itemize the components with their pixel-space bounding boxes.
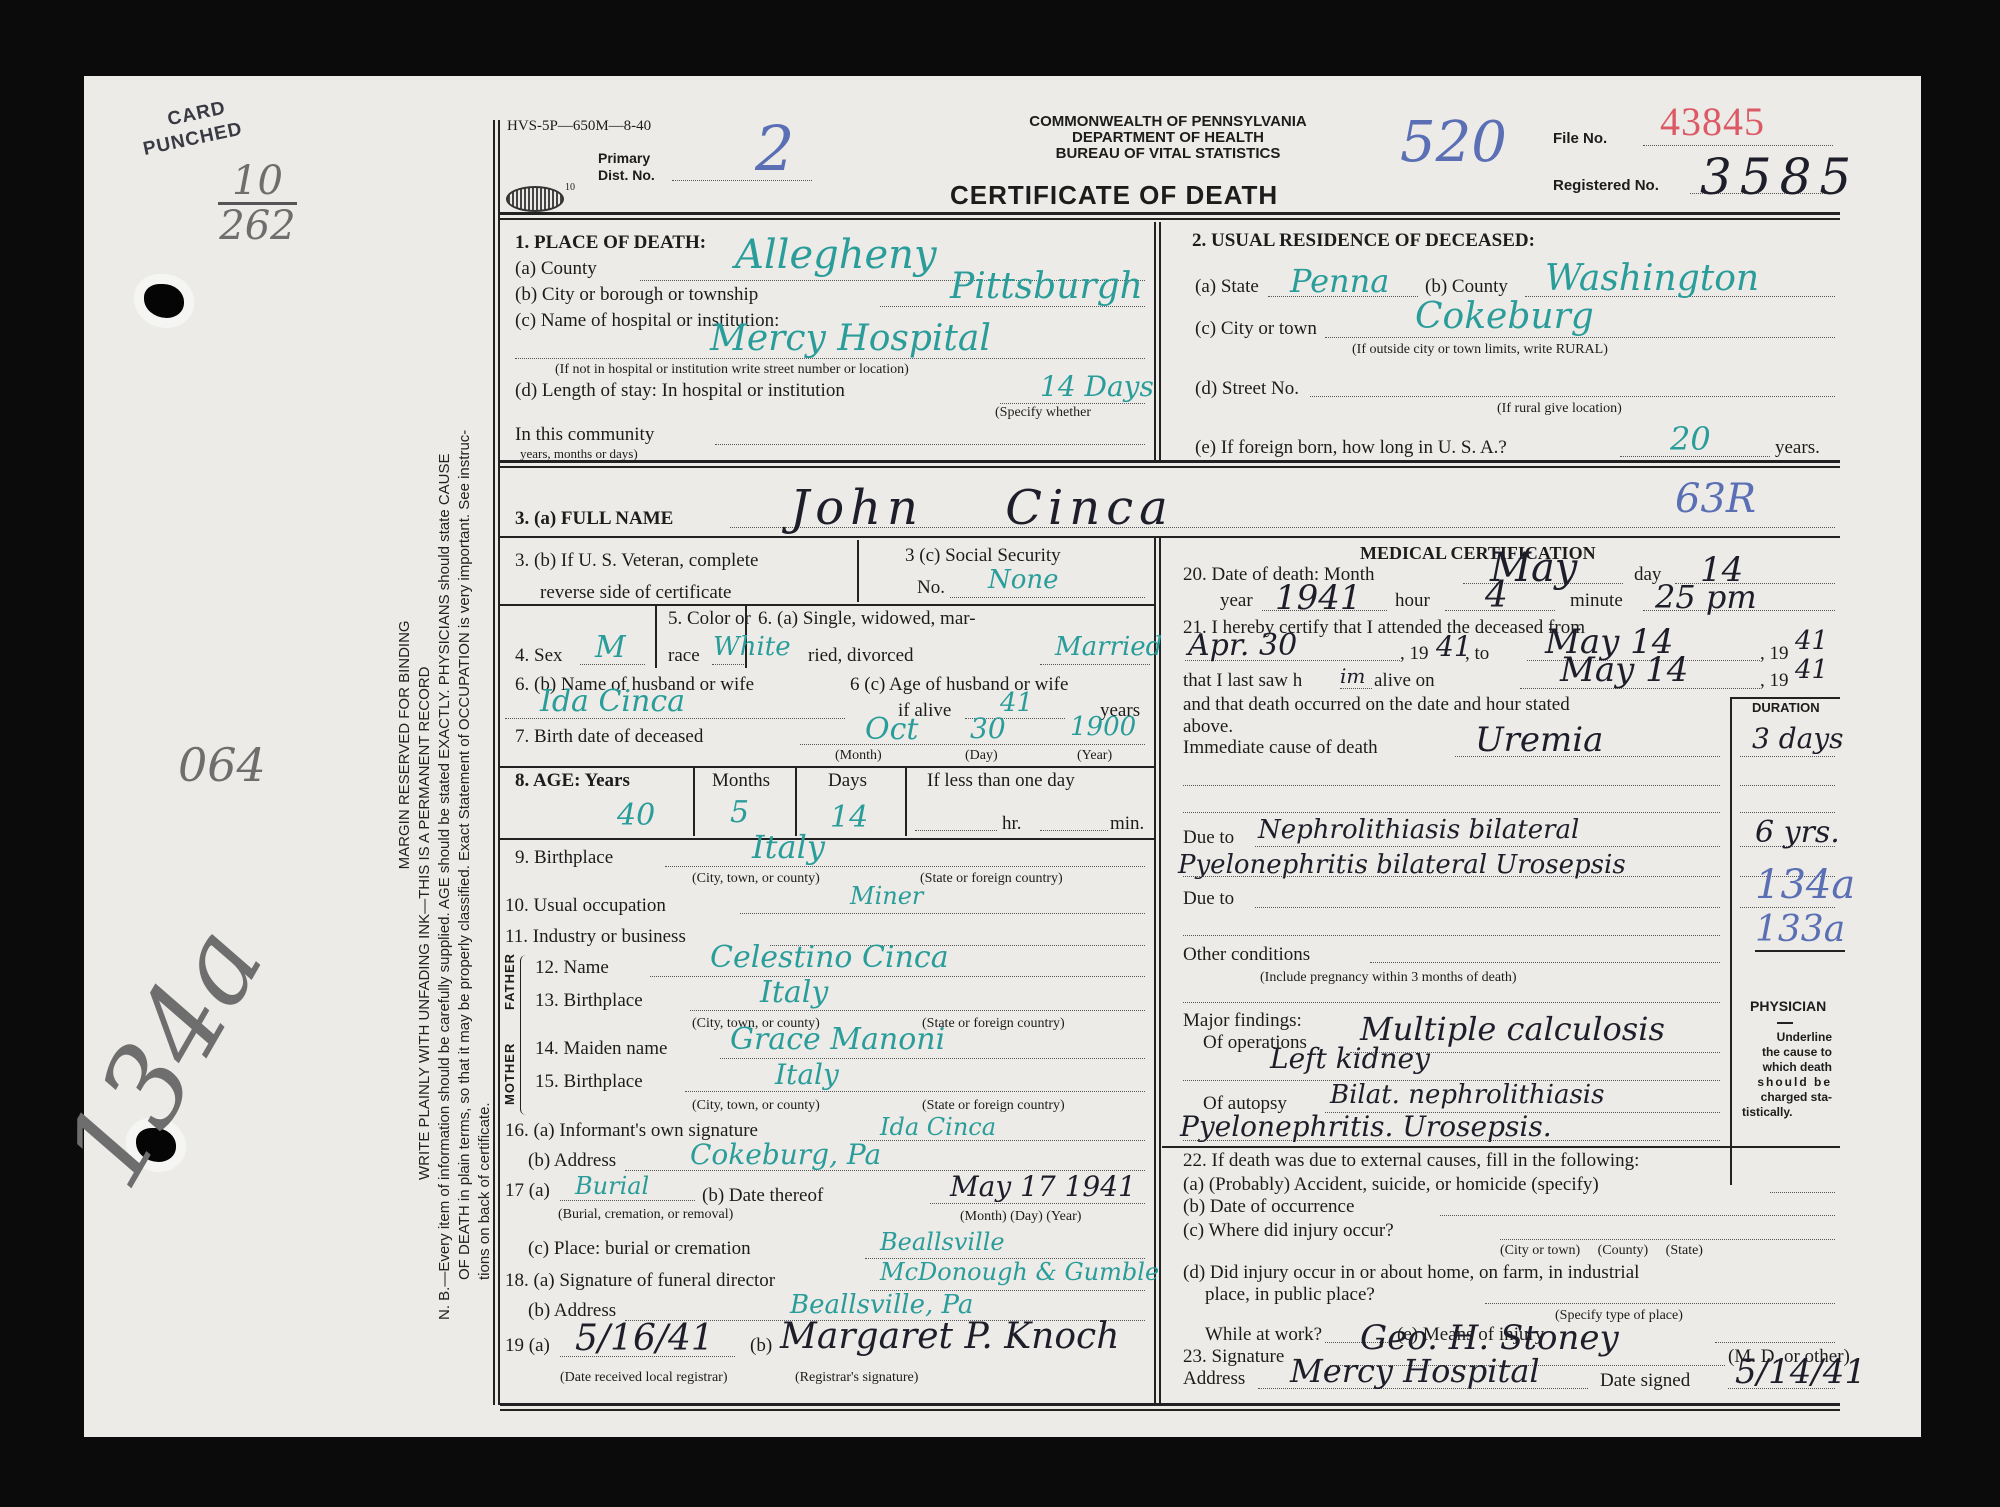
- note-line: Underline: [1742, 1030, 1832, 1045]
- year-label: year: [1220, 590, 1253, 612]
- funeral-director-label: 18. (a) Signature of funeral director: [505, 1270, 775, 1292]
- immediate-line-2[interactable]: [1183, 785, 1720, 786]
- ssn-label-1: 3 (c) Social Security: [905, 545, 1061, 567]
- certificate-title: CERTIFICATE OF DEATH: [950, 180, 1278, 211]
- foreign-unit: years.: [1775, 437, 1820, 459]
- due-to-1-value: Nephrolithiasis bilateral: [1258, 815, 1579, 845]
- age-days-label: Days: [828, 770, 867, 792]
- form-border-left: [493, 120, 495, 1405]
- duration-divider: [1730, 697, 1732, 1185]
- external-c-hint: (City or town) (County) (State): [1500, 1243, 1703, 1259]
- fraction-note: 10 262: [218, 160, 297, 247]
- autopsy-line-2[interactable]: [1183, 1140, 1720, 1141]
- occupation-value: Miner: [850, 882, 923, 910]
- age-hr-label: hr.: [1002, 813, 1022, 835]
- informant-value: Ida Cinca: [880, 1113, 996, 1141]
- place-of-death-heading: 1. PLACE OF DEATH:: [515, 232, 706, 254]
- disposal-hint: (Burial, cremation, or removal): [558, 1207, 733, 1223]
- registrar-sig-hint: (Registrar's signature): [795, 1370, 918, 1386]
- signature-label: 23. Signature: [1183, 1346, 1284, 1368]
- duration-line[interactable]: [1740, 812, 1835, 813]
- form-rule: [500, 218, 1840, 220]
- birth-hint-day: (Day): [965, 748, 998, 764]
- last-saw-pronoun: im: [1340, 664, 1365, 688]
- immediate-value: Uremia: [1475, 720, 1603, 760]
- age-days-value: 14: [830, 800, 868, 835]
- year-prefix: , 19: [1760, 670, 1789, 692]
- form-rule: [500, 460, 1840, 463]
- form-border-left: [498, 120, 500, 1405]
- binding-title: MARGIN RESERVED FOR BINDING: [395, 430, 415, 1320]
- place-hint-city: (City, town, or county): [692, 871, 820, 887]
- due-to-label: Due to: [1183, 827, 1234, 849]
- external-b-field[interactable]: [1440, 1215, 1835, 1216]
- parent-brace: [520, 955, 527, 1115]
- birth-label: 7. Birth date of deceased: [515, 726, 703, 748]
- marital-field[interactable]: [1040, 664, 1150, 665]
- due-to-line-3[interactable]: [1183, 935, 1720, 936]
- immediate-label: Immediate cause of death: [1183, 737, 1378, 759]
- margin-note-064: 064: [178, 738, 266, 792]
- father-birthplace-value: Italy: [760, 975, 828, 1010]
- father-birthplace-field[interactable]: [690, 1010, 1145, 1011]
- code-2: 133a: [1755, 910, 1845, 952]
- full-name-label: 3. (a) FULL NAME: [515, 508, 673, 530]
- foreign-label: (e) If foreign born, how long in U. S. A…: [1195, 437, 1507, 459]
- immediate-duration: 3 days: [1752, 722, 1844, 755]
- registrar-date-hint: (Date received local registrar): [560, 1370, 728, 1386]
- place-hint-city: (City, town, or county): [692, 1098, 820, 1114]
- cell-divider: [693, 768, 695, 836]
- state-value: Penna: [1290, 262, 1389, 300]
- mother-tag: MOTHER: [502, 1043, 517, 1105]
- registrar-date-value: 5/16/41: [575, 1318, 714, 1359]
- cell-divider: [795, 768, 797, 836]
- due-to-2-field[interactable]: [1255, 907, 1720, 908]
- note-line: charged sta-: [1742, 1090, 1832, 1105]
- burial-place-label: (c) Place: burial or cremation: [528, 1238, 751, 1260]
- autopsy-value: Bilat. nephrolithiasis: [1330, 1080, 1604, 1110]
- stay-value: 14 Days: [1040, 370, 1154, 403]
- year-prefix: , 19: [1760, 643, 1789, 665]
- death-year: 1941: [1275, 578, 1362, 618]
- registrar-sig-value: Margaret P. Knoch: [780, 1316, 1119, 1357]
- means-field[interactable]: [1715, 1342, 1835, 1343]
- external-b: (b) Date of occurrence: [1183, 1196, 1354, 1218]
- autopsy-line2: Pyelonephritis. Urosepsis.: [1180, 1110, 1552, 1143]
- place-hint-state: (State or foreign country): [920, 871, 1063, 887]
- res-city-field[interactable]: [1325, 337, 1835, 338]
- state-label: (a) State: [1195, 276, 1259, 298]
- age-less-label: If less than one day: [927, 770, 1075, 792]
- duration-line[interactable]: [1740, 907, 1835, 908]
- age-label-text: 8. AGE: Years: [515, 770, 630, 791]
- handwritten-code: 520: [1400, 110, 1507, 175]
- cell-divider: [655, 606, 657, 668]
- stay-field[interactable]: [1000, 403, 1145, 404]
- mother-maiden-label: 14. Maiden name: [535, 1038, 667, 1060]
- form-rule: [500, 536, 1840, 538]
- father-name-value: Celestino Cinca: [710, 940, 949, 975]
- file-no-value: 43845: [1660, 98, 1765, 145]
- last-saw-label: that I last saw h: [1183, 670, 1302, 692]
- other-label: Other conditions: [1183, 944, 1310, 966]
- disposal-field[interactable]: [560, 1200, 695, 1201]
- full-name-value: John Cinca: [790, 480, 1174, 536]
- age-min-field[interactable]: [1040, 830, 1108, 831]
- birthplace-label: 9. Birthplace: [515, 847, 613, 869]
- hospital-value: Mercy Hospital: [710, 318, 991, 359]
- funeral-director-value: McDonough & Gumble: [880, 1258, 1159, 1286]
- age-min-label: min.: [1110, 813, 1144, 835]
- stay-hint: (Specify whether: [995, 405, 1091, 421]
- note-line: should be: [1742, 1075, 1832, 1090]
- mother-birthplace-field[interactable]: [685, 1091, 1145, 1092]
- birth-day: 30: [970, 712, 1006, 745]
- res-city-value: Cokeburg: [1415, 296, 1594, 337]
- form-rule: [1162, 1146, 1840, 1148]
- attended-from: Apr. 30: [1188, 628, 1297, 663]
- due-to-1-duration: 6 yrs.: [1755, 815, 1840, 850]
- file-no-field[interactable]: [1643, 145, 1833, 146]
- spouse-value: Ida Cinca: [540, 684, 685, 719]
- at-work-label: While at work?: [1205, 1324, 1322, 1346]
- fraction-top: 10: [218, 160, 297, 205]
- industry-label: 11. Industry or business: [505, 926, 686, 948]
- place-hint-state: (State or foreign country): [922, 1098, 1065, 1114]
- birthplace-value: Italy: [752, 828, 825, 866]
- form-rule: [500, 838, 1155, 840]
- immediate-line-3[interactable]: [1183, 812, 1720, 813]
- disposal-date-label: (b) Date thereof: [702, 1185, 823, 1207]
- marital-label-1: 6. (a) Single, widowed, mar-: [758, 608, 976, 630]
- external-heading: 22. If death was due to external causes,…: [1183, 1150, 1639, 1172]
- name-code: 63R: [1675, 476, 1756, 522]
- note-line: tistically.: [1742, 1105, 1832, 1120]
- external-d-2: place, in public place?: [1205, 1284, 1375, 1306]
- form-code: HVS-5P—650M—8-40: [507, 118, 651, 135]
- birth-month: Oct: [865, 712, 918, 747]
- form-rule: [500, 766, 1155, 768]
- physician-heading: PHYSICIAN: [1750, 998, 1826, 1014]
- primary-dist-value: 2: [755, 112, 794, 185]
- other-hint: (Include pregnancy within 3 months of de…: [1260, 970, 1517, 986]
- file-no-label: File No.: [1553, 130, 1607, 147]
- sex-label: 4. Sex: [515, 645, 563, 667]
- binding-line: N. B.—Every item of information should b…: [435, 430, 455, 1320]
- binding-line: WRITE PLAINLY WITH UNFADING INK—THIS IS …: [415, 430, 435, 1320]
- fraction-bottom: 262: [218, 205, 297, 247]
- res-county-value: Washington: [1545, 258, 1759, 299]
- form-rule: [500, 1409, 1840, 1411]
- date-signed-value: 5/14/41: [1735, 1352, 1866, 1392]
- age-months-value: 5: [730, 795, 749, 830]
- county-label: (a) County: [515, 258, 597, 280]
- veteran-label: 3. (b) If U. S. Veteran, complete revers…: [515, 545, 758, 609]
- section-divider: [1159, 538, 1161, 1404]
- section-divider: [1159, 222, 1161, 460]
- community-label: In this community: [515, 424, 654, 446]
- binding-line: OF DEATH in plain terms, so that it may …: [455, 430, 475, 1320]
- disposal-label: 17 (a): [505, 1180, 550, 1202]
- informant-address-label: (b) Address: [528, 1150, 616, 1172]
- label-line: Primary: [598, 150, 655, 167]
- label-line: 3. (b) If U. S. Veteran, complete: [515, 545, 758, 577]
- other-line-2[interactable]: [1183, 1002, 1720, 1003]
- city-label: (b) City or borough or township: [515, 284, 758, 306]
- race-value: White: [713, 632, 791, 662]
- agency-line: BUREAU OF VITAL STATISTICS: [988, 146, 1348, 162]
- major-label: Major findings:: [1183, 1010, 1302, 1032]
- cell-divider: [857, 540, 859, 602]
- year-prefix: , 19: [1400, 643, 1429, 665]
- mother-birthplace-label: 15. Birthplace: [535, 1071, 643, 1093]
- community-hint: years, months or days): [520, 446, 638, 462]
- sex-value: M: [595, 630, 626, 665]
- binding-line: tions on back of certificate.: [475, 430, 495, 1320]
- mother-maiden-value: Grace Manoni: [730, 1022, 945, 1057]
- minute-label: minute: [1570, 590, 1623, 612]
- death-hour: 4: [1485, 575, 1508, 616]
- last-saw-pronoun-field[interactable]: [1340, 688, 1372, 689]
- ssn-field[interactable]: [950, 597, 1145, 598]
- disposal-date-field[interactable]: [930, 1203, 1145, 1204]
- res-county-label: (b) County: [1425, 276, 1508, 298]
- form-rule: [500, 1403, 1840, 1406]
- union-label-icon: [506, 186, 564, 212]
- due-to-label: Due to: [1183, 888, 1234, 910]
- stay-label: (d) Length of stay: In hospital or insti…: [515, 380, 845, 402]
- birth-hint-month: (Month): [835, 748, 882, 764]
- foreign-value: 20: [1670, 420, 1711, 458]
- duration-line[interactable]: [1740, 785, 1835, 786]
- note-line: the cause to: [1742, 1045, 1832, 1060]
- spouse-age-label-1: 6 (c) Age of husband or wife: [850, 674, 1068, 696]
- external-a-field[interactable]: [1770, 1192, 1835, 1193]
- race-label-2: race: [668, 645, 700, 667]
- note-line: which death: [1742, 1060, 1832, 1075]
- community-field[interactable]: [715, 444, 1145, 445]
- last-saw-date: May 14: [1560, 650, 1688, 690]
- street-label: (d) Street No.: [1195, 378, 1299, 400]
- attended-to-year: 41: [1795, 626, 1828, 656]
- form-rule: [500, 466, 1840, 468]
- external-d-1: (d) Did injury occur in or about home, o…: [1183, 1262, 1639, 1284]
- disposal-value: Burial: [575, 1172, 649, 1200]
- address-label: Address: [1183, 1368, 1245, 1390]
- primary-dist-label: Primary Dist. No.: [598, 150, 655, 184]
- agency-line: COMMONWEALTH OF PENNSYLVANIA: [988, 114, 1348, 130]
- form-rule: [500, 604, 1155, 606]
- code-1: 134a: [1755, 862, 1855, 908]
- cell-divider: [905, 768, 907, 836]
- label-line: Dist. No.: [598, 167, 655, 184]
- registered-no-label: Registered No.: [1553, 177, 1659, 194]
- marital-value: Married: [1055, 632, 1162, 662]
- duration-heading: DURATION: [1752, 700, 1820, 715]
- hour-label: hour: [1395, 590, 1430, 612]
- ssn-label-2: No.: [917, 577, 945, 599]
- binding-margin-text: MARGIN RESERVED FOR BINDING WRITE PLAINL…: [395, 430, 495, 1320]
- external-c-field[interactable]: [1500, 1239, 1835, 1240]
- alive-on-label: alive on: [1374, 670, 1435, 692]
- birth-hint-year: (Year): [1077, 748, 1112, 764]
- operations-line2: Left kidney: [1270, 1042, 1430, 1075]
- registrar-date-label: 19 (a): [505, 1335, 550, 1357]
- other-field[interactable]: [1370, 962, 1720, 963]
- section-divider: [1154, 222, 1156, 460]
- father-name-label: 12. Name: [535, 957, 609, 979]
- agency-line: DEPARTMENT OF HEALTH: [988, 130, 1348, 146]
- street-hint: (If rural give location): [1497, 401, 1622, 417]
- form-rule: [500, 212, 1840, 215]
- age-hr-field[interactable]: [915, 830, 997, 831]
- city-value: Pittsburgh: [950, 266, 1143, 307]
- external-d-field[interactable]: [1485, 1303, 1835, 1304]
- marital-label-2: ried, divorced: [808, 645, 914, 667]
- death-minute: 25 pm: [1655, 578, 1757, 616]
- age-months-label: Months: [712, 770, 770, 792]
- due-to-1-field[interactable]: [1255, 846, 1720, 847]
- ssn-value: None: [988, 565, 1059, 595]
- occurred-label-1: and that death occurred on the date and …: [1183, 694, 1570, 716]
- burial-place-value: Beallsville: [880, 1228, 1005, 1256]
- disposal-date-value: May 17 1941: [950, 1170, 1136, 1203]
- race-field[interactable]: [712, 664, 744, 665]
- hospital-hint: (If not in hospital or institution write…: [555, 362, 909, 378]
- duration-top: [1730, 697, 1840, 699]
- age-label: 8. AGE: Years: [515, 770, 630, 792]
- immediate-duration-field[interactable]: [1740, 756, 1835, 757]
- race-label-1: 5. Color or: [668, 608, 751, 630]
- res-city-hint: (If outside city or town limits, write R…: [1352, 342, 1608, 358]
- father-tag: FATHER: [502, 953, 517, 1010]
- physician-note: Underline the cause to which death shoul…: [1742, 1030, 1832, 1120]
- informant-address-value: Cokeburg, Pa: [690, 1138, 881, 1171]
- mother-birthplace-value: Italy: [775, 1058, 839, 1091]
- birthplace-field[interactable]: [665, 866, 1145, 867]
- registrar-sig-label: (b): [750, 1335, 772, 1357]
- occupation-field[interactable]: [740, 913, 1145, 914]
- full-name-label-text: 3. (a) FULL NAME: [515, 508, 673, 529]
- address-value: Mercy Hospital: [1290, 1352, 1540, 1390]
- last-saw-year: 41: [1795, 655, 1828, 685]
- county-value: Allegheny: [735, 232, 937, 278]
- external-a: (a) (Probably) Accident, suicide, or hom…: [1183, 1174, 1599, 1196]
- registered-no-value: 3585: [1700, 148, 1859, 206]
- physician-dash: [1777, 1022, 1793, 1024]
- date-signed-label: Date signed: [1600, 1370, 1690, 1392]
- street-field[interactable]: [1310, 396, 1835, 397]
- residence-heading: 2. USUAL RESIDENCE OF DECEASED:: [1192, 230, 1535, 252]
- age-years-value: 40: [617, 798, 655, 833]
- union-number: 10: [565, 182, 575, 193]
- father-birthplace-label: 13. Birthplace: [535, 990, 643, 1012]
- occupation-label: 10. Usual occupation: [505, 895, 666, 917]
- disposal-date-hint: (Month) (Day) (Year): [960, 1209, 1081, 1225]
- due-to-line-2[interactable]: [1183, 876, 1720, 877]
- father-name-field[interactable]: [650, 976, 1145, 977]
- external-c: (c) Where did injury occur?: [1183, 1220, 1394, 1242]
- res-city-label: (c) City or town: [1195, 318, 1317, 340]
- agency-block: COMMONWEALTH OF PENNSYLVANIA DEPARTMENT …: [988, 114, 1348, 162]
- birth-year: 1900: [1070, 712, 1136, 742]
- occurred-label-2: above.: [1183, 716, 1233, 738]
- to-label: , to: [1465, 643, 1489, 665]
